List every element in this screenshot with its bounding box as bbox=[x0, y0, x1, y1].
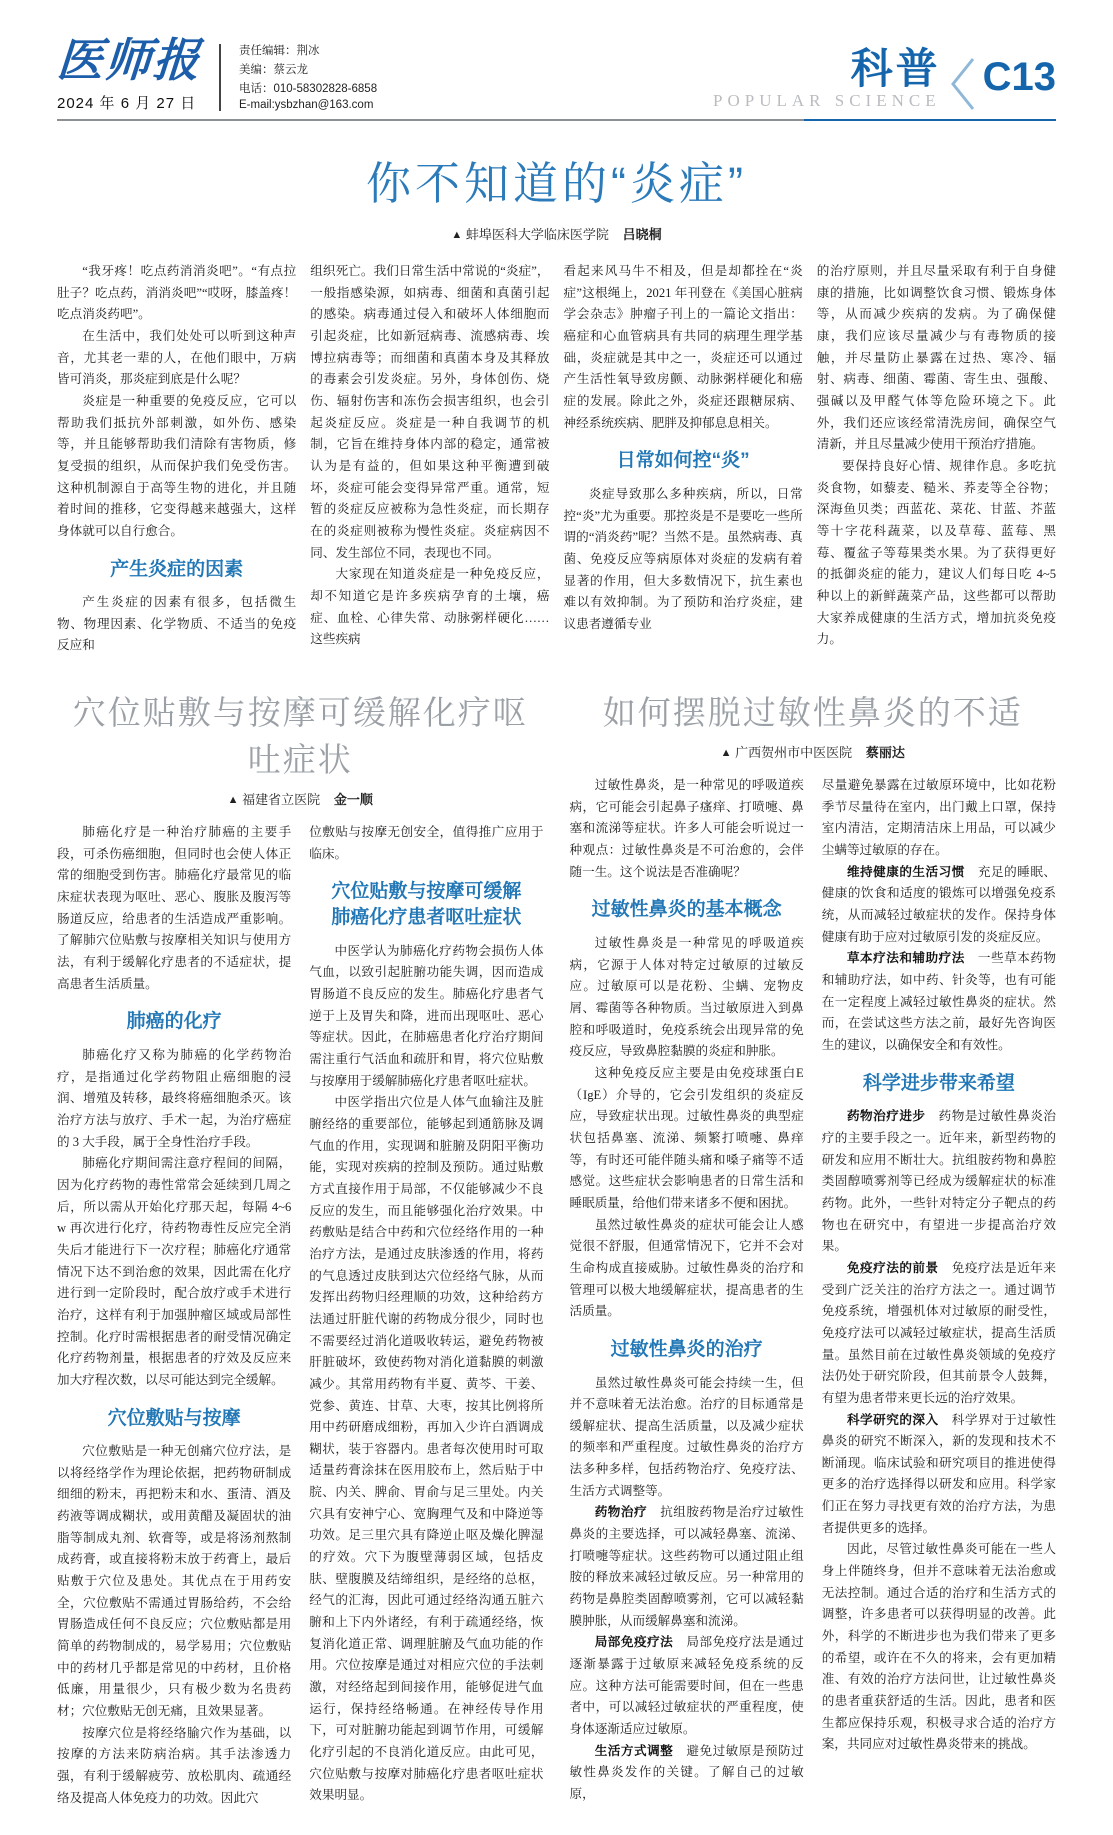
paragraph: “我牙疼！吃点药消消炎吧”。“有点拉肚子？吃点药，消消炎吧”“哎呀，膝盖疼！吃点… bbox=[57, 261, 296, 326]
paragraph-lead: 科学研究的深入 bbox=[847, 1413, 939, 1427]
article-byline: ▲ 广西贺州市中医医院 蔡丽达 bbox=[570, 742, 1057, 761]
article-acupoint: 穴位贴敷与按摩可缓解化疗呕吐症状 ▲ 福建省立医院 金一顺 肺癌化疗是一种治疗肺… bbox=[57, 687, 544, 1809]
paragraph: 大家现在知道炎症是一种免疫反应，却不知道它是许多疾病孕育的土壤，癌症、血栓、心律… bbox=[310, 564, 549, 651]
paragraph: 位敷贴与按摩无创安全，值得推广应用于临床。 bbox=[309, 822, 543, 865]
paragraph: 在生活中，我们处处可以听到这种声音，尤其老一辈的人，在他们眼中，万病皆可消炎，那… bbox=[57, 326, 296, 391]
masthead-left: 医师报 2024 年 6 月 27 日 责任编辑：荆冰 美编：蔡云龙 电话：01… bbox=[57, 38, 377, 113]
section-subhead: 日常如何控“炎” bbox=[564, 448, 803, 474]
paragraph: 因此，尽管过敏性鼻炎可能在一些人身上伴随终身，但并不意味着无法治愈或无法控制。通… bbox=[822, 1539, 1056, 1756]
paragraph-lead: 生活方式调整 bbox=[595, 1744, 674, 1758]
section-subhead: 穴位贴敷与按摩可缓解肺癌化疗患者呕吐症状 bbox=[309, 879, 543, 930]
text-column: 尽量避免暴露在过敏原环境中，比如花粉季节尽量待在室内，出门戴上口罩，保持室内清洁… bbox=[822, 775, 1056, 1806]
paragraph: 组织死亡。我们日常生活中常说的“炎症”，一般指感染源，如病毒、细菌和真菌引起的感… bbox=[310, 261, 549, 564]
paragraph: 虽然过敏性鼻炎可能会持续一生，但并不意味着无法治愈。治疗的目标通常是缓解症状、提… bbox=[570, 1373, 804, 1503]
paragraph: 药物治疗进步 药物是过敏性鼻炎治疗的主要手段之一。近年来，新型药物的研发和应用不… bbox=[822, 1106, 1056, 1258]
byline-org: 广西贺州市中医医院 bbox=[735, 745, 852, 760]
chevron-left-icon bbox=[947, 57, 977, 111]
paragraph-lead: 药物治疗进步 bbox=[847, 1109, 926, 1123]
section-subhead: 科学进步带来希望 bbox=[822, 1071, 1056, 1097]
text-column: 的治疗原则，并且尽量采取有利于自身健康的措施，比如调整饮食习惯、锻炼身体等，从而… bbox=[817, 261, 1056, 657]
paragraph-lead: 草本疗法和辅助疗法 bbox=[847, 951, 965, 965]
text-column: 组织死亡。我们日常生活中常说的“炎症”，一般指感染源，如病毒、细菌和真菌引起的感… bbox=[310, 261, 549, 657]
paragraph: 肺癌化疗期间需注意疗程间的间隔，因为化疗药物的毒性常常会延续到几周之后，所以需从… bbox=[57, 1153, 291, 1391]
section-subhead: 过敏性鼻炎的基本概念 bbox=[570, 897, 804, 923]
byline-org: 蚌埠医科大学临床医学院 bbox=[466, 227, 609, 242]
paragraph: 免疫疗法的前景 免疫疗法是近年来受到广泛关注的治疗方法之一。通过调节免疫系统，增… bbox=[822, 1258, 1056, 1410]
text-column: 位敷贴与按摩无创安全，值得推广应用于临床。穴位贴敷与按摩可缓解肺癌化疗患者呕吐症… bbox=[309, 822, 543, 1809]
press-info: 责任编辑：荆冰 美编：蔡云龙 电话：010-58302828-6858 E-ma… bbox=[239, 38, 377, 113]
article-title: 如何摆脱过敏性鼻炎的不适 bbox=[570, 687, 1057, 734]
paragraph: 尽量避免暴露在过敏原环境中，比如花粉季节尽量待在室内，出门戴上口罩，保持室内清洁… bbox=[822, 775, 1056, 862]
newspaper-page: 医师报 2024 年 6 月 27 日 责任编辑：荆冰 美编：蔡云龙 电话：01… bbox=[0, 0, 1113, 1835]
page-number: C13 bbox=[983, 57, 1056, 111]
paragraph: 肺癌化疗是一种治疗肺癌的主要手段，可杀伤癌细胞，但同时也会使人体正常的细胞受到伤… bbox=[57, 822, 291, 995]
text-column: 肺癌化疗是一种治疗肺癌的主要手段，可杀伤癌细胞，但同时也会使人体正常的细胞受到伤… bbox=[57, 822, 291, 1809]
paragraph: 炎症是一种重要的免疫反应，它可以帮助我们抵抗外部刺激，如外伤、感染等，并且能够帮… bbox=[57, 391, 296, 543]
paragraph: 生活方式调整 避免过敏原是预防过敏性鼻炎发作的关键。了解自己的过敏原， bbox=[570, 1741, 804, 1806]
section-subhead: 过敏性鼻炎的治疗 bbox=[570, 1337, 804, 1363]
paragraph: 科学研究的深入 科学界对于过敏性鼻炎的研究不断深入，新的发现和技术不断涌现。临床… bbox=[822, 1410, 1056, 1540]
paragraph: 草本疗法和辅助疗法 一些草本药物和辅助疗法，如中药、针灸等，也有可能在一定程度上… bbox=[822, 948, 1056, 1056]
article-rhinitis: 如何摆脱过敏性鼻炎的不适 ▲ 广西贺州市中医医院 蔡丽达 过敏性鼻炎，是一种常见… bbox=[570, 687, 1057, 1809]
article-byline: ▲ 蚌埠医科大学临床医学院 吕晓桐 bbox=[57, 224, 1056, 243]
bottom-articles: 穴位贴敷与按摩可缓解化疗呕吐症状 ▲ 福建省立医院 金一顺 肺癌化疗是一种治疗肺… bbox=[57, 687, 1056, 1809]
section-subhead: 穴位敷贴与按摩 bbox=[57, 1406, 291, 1432]
text-column: 看起来风马牛不相及，但是却都拴在“炎症”这根绳上，2021 年刊登在《美国心脏病… bbox=[564, 261, 803, 657]
email-line: E-mail:ysbzhan@163.com bbox=[239, 99, 377, 111]
paragraph: 炎症导致那么多种疾病，所以，日常控“炎”尤为重要。那控炎是不是要吃一些所谓的“消… bbox=[564, 484, 803, 636]
article-columns: “我牙疼！吃点药消消炎吧”。“有点拉肚子？吃点药，消消炎吧”“哎呀，膝盖疼！吃点… bbox=[57, 261, 1056, 657]
article-columns: 过敏性鼻炎，是一种常见的呼吸道疾病，它可能会引起鼻子瘙痒、打喷嚏、鼻塞和流涕等症… bbox=[570, 775, 1057, 1806]
paragraph: 局部免疫疗法 局部免疫疗法是通过逐渐暴露于过敏原来减轻免疫系统的反应。这种方法可… bbox=[570, 1632, 804, 1740]
masthead-rule bbox=[57, 119, 1056, 121]
paragraph: 药物治疗 抗组胺药物是治疗过敏性鼻炎的主要选择，可以减轻鼻塞、流涕、打喷嚏等症状… bbox=[570, 1502, 804, 1632]
article-columns: 肺癌化疗是一种治疗肺癌的主要手段，可杀伤癌细胞，但同时也会使人体正常的细胞受到伤… bbox=[57, 822, 544, 1809]
paragraph-lead: 局部免疫疗法 bbox=[595, 1635, 674, 1649]
masthead-divider bbox=[219, 44, 221, 111]
paragraph: 这种免疫反应主要是由免疫球蛋白E（IgE）介导的，它会引发组织的炎症反应，导致症… bbox=[570, 1063, 804, 1215]
editor-line: 责任编辑：荆冰 bbox=[239, 42, 377, 58]
text-column: 过敏性鼻炎，是一种常见的呼吸道疾病，它可能会引起鼻子瘙痒、打喷嚏、鼻塞和流涕等症… bbox=[570, 775, 804, 1806]
paragraph-lead: 维持健康的生活习惯 bbox=[847, 865, 965, 879]
section-block: 科普 POPULAR SCIENCE bbox=[713, 49, 941, 111]
paragraph: 中医学认为肺癌化疗药物会损伤人体气血，以致引起脏腑功能失调，因而造成胃肠道不良反… bbox=[309, 941, 543, 1093]
byline-triangle-icon: ▲ bbox=[451, 229, 462, 241]
byline-org: 福建省立医院 bbox=[242, 792, 320, 807]
byline-author: 吕晓桐 bbox=[623, 227, 662, 242]
paragraph: 虽然过敏性鼻炎的症状可能会让人感觉很不舒服，但通常情况下，它并不会对生命构成直接… bbox=[570, 1215, 804, 1323]
paragraph: 看起来风马牛不相及，但是却都拴在“炎症”这根绳上，2021 年刊登在《美国心脏病… bbox=[564, 261, 803, 434]
paragraph-lead: 免疫疗法的前景 bbox=[847, 1261, 939, 1275]
byline-author: 蔡丽达 bbox=[866, 745, 905, 760]
section-subhead: 产生炎症的因素 bbox=[57, 557, 296, 583]
masthead: 医师报 2024 年 6 月 27 日 责任编辑：荆冰 美编：蔡云龙 电话：01… bbox=[57, 38, 1056, 113]
rule-gray-segment bbox=[57, 119, 804, 121]
paragraph: 的治疗原则，并且尽量采取有利于自身健康的措施，比如调整饮食习惯、锻炼身体等，从而… bbox=[817, 261, 1056, 456]
section-subhead: 肺癌的化疗 bbox=[57, 1009, 291, 1035]
paragraph: 产生炎症的因素有很多，包括微生物、物理因素、化学物质、不适当的免疫反应和 bbox=[57, 592, 296, 657]
article-title: 穴位贴敷与按摩可缓解化疗呕吐症状 bbox=[57, 687, 544, 781]
masthead-right: 科普 POPULAR SCIENCE C13 bbox=[713, 49, 1056, 113]
article-inflammation: 你不知道的“炎症” ▲ 蚌埠医科大学临床医学院 吕晓桐 “我牙疼！吃点药消消炎吧… bbox=[57, 147, 1056, 657]
text-column: “我牙疼！吃点药消消炎吧”。“有点拉肚子？吃点药，消消炎吧”“哎呀，膝盖疼！吃点… bbox=[57, 261, 296, 657]
paragraph: 要保持良好心情、规律作息。多吃抗炎食物，如藜麦、糙米、荞麦等全谷物；深海鱼贝类；… bbox=[817, 456, 1056, 651]
paragraph: 过敏性鼻炎，是一种常见的呼吸道疾病，它可能会引起鼻子瘙痒、打喷嚏、鼻塞和流涕等症… bbox=[570, 775, 804, 883]
paragraph: 过敏性鼻炎是一种常见的呼吸道疾病，它源于人体对特定过敏原的过敏反应。过敏原可以是… bbox=[570, 933, 804, 1063]
paper-logo: 医师报 bbox=[55, 38, 202, 84]
paragraph-lead: 药物治疗 bbox=[595, 1505, 647, 1519]
article-title: 你不知道的“炎症” bbox=[57, 147, 1056, 212]
issue-date: 2024 年 6 月 27 日 bbox=[57, 92, 201, 113]
section-name-en: POPULAR SCIENCE bbox=[713, 91, 941, 111]
paragraph: 维持健康的生活习惯 充足的睡眠、健康的饮食和适度的锻炼可以增强免疫系统，从而减轻… bbox=[822, 862, 1056, 949]
paragraph: 中医学指出穴位是人体气血输注及脏腑经络的重要部位，能够起到通筋脉及调气血的作用，… bbox=[309, 1092, 543, 1807]
paragraph: 肺癌化疗又称为肺癌的化学药物治疗，是指通过化学药物阻止癌细胞的浸润、增殖及转移，… bbox=[57, 1045, 291, 1153]
phone-line: 电话：010-58302828-6858 bbox=[239, 80, 377, 96]
paragraph: 按摩穴位是将经络腧穴作为基础，以按摩的方法来防病治病。其手法渗透力强，有利于缓解… bbox=[57, 1723, 291, 1810]
byline-triangle-icon: ▲ bbox=[228, 794, 239, 806]
rule-blue-segment bbox=[804, 119, 1056, 121]
logo-block: 医师报 2024 年 6 月 27 日 bbox=[57, 38, 201, 113]
paragraph: 穴位敷贴是一种无创痛穴位疗法，是以将经络学作为理论依据，把药物研制成细细的粉末，… bbox=[57, 1441, 291, 1723]
byline-author: 金一顺 bbox=[334, 792, 373, 807]
section-name-cn: 科普 bbox=[851, 49, 941, 89]
byline-triangle-icon: ▲ bbox=[721, 747, 732, 759]
article-byline: ▲ 福建省立医院 金一顺 bbox=[57, 789, 544, 808]
art-editor-line: 美编：蔡云龙 bbox=[239, 61, 377, 77]
